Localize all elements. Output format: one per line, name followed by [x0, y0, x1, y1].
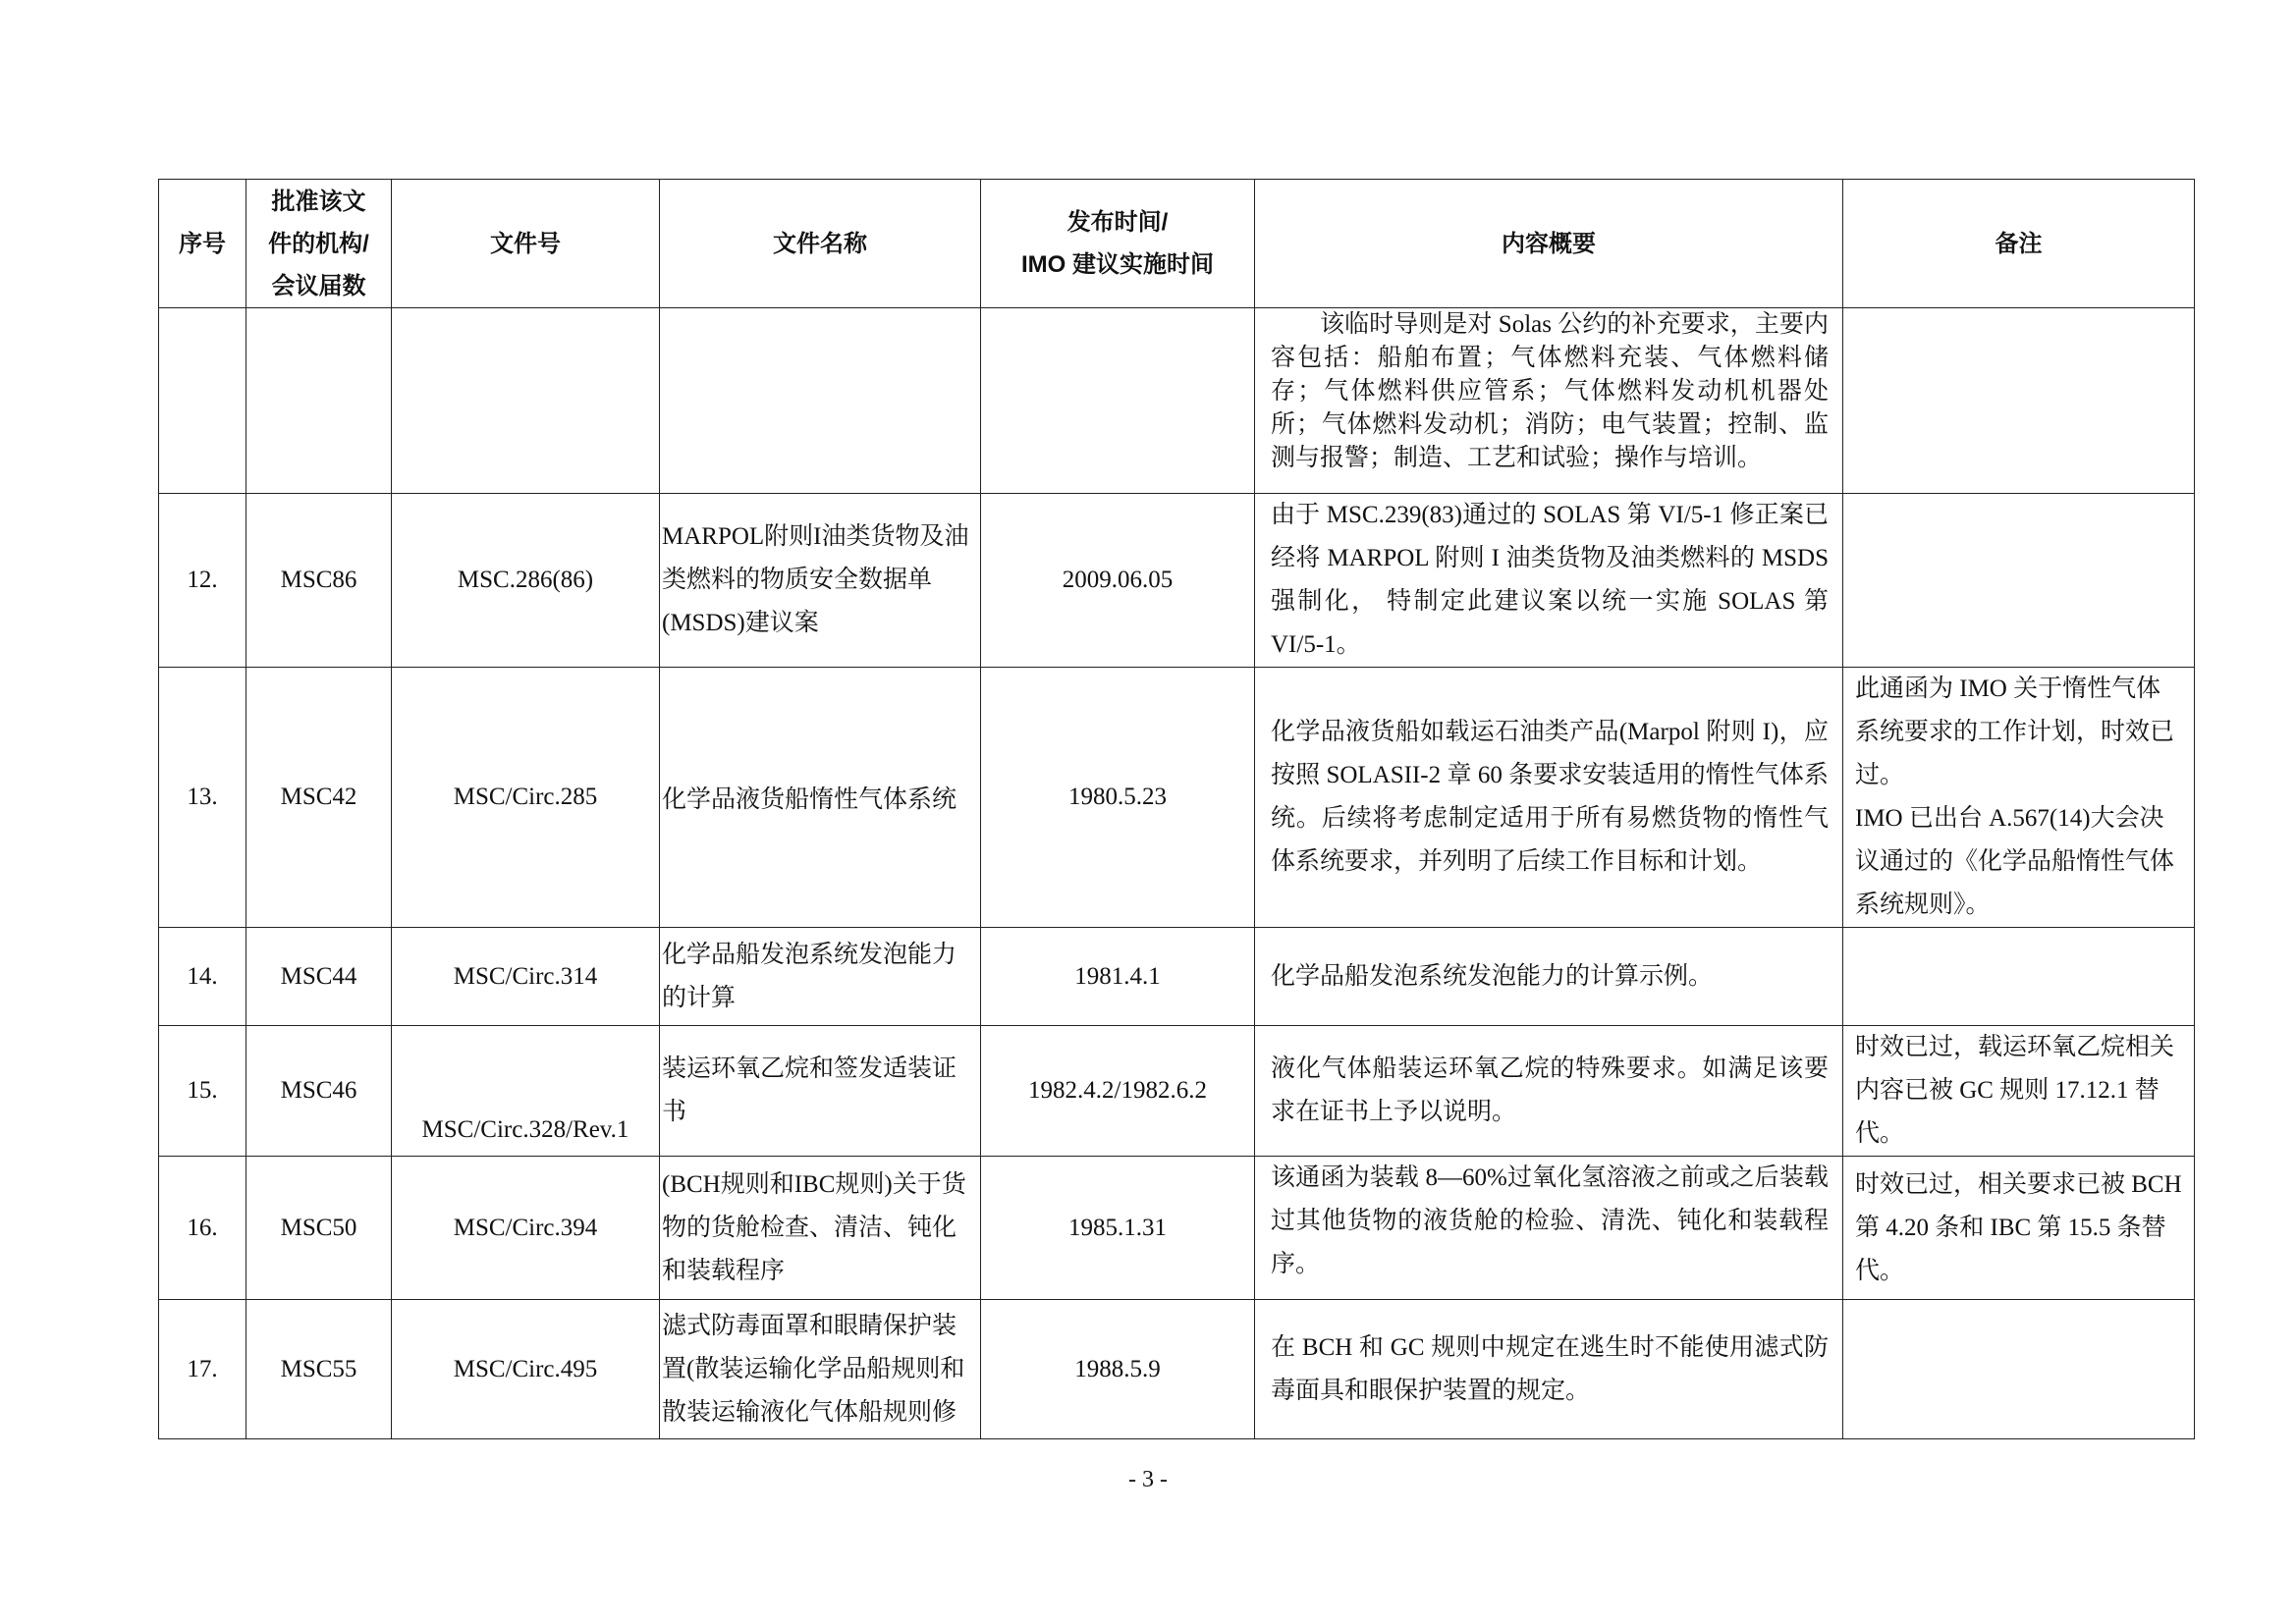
table-row: 15. MSC46 MSC/Circ.328/Rev.1 装运环氧乙烷和签发适装…	[159, 1026, 2195, 1157]
table-row: 16. MSC50 MSC/Circ.394 (BCH规则和IBC规则)关于货物…	[159, 1157, 2195, 1300]
cell-doc-name: 滤式防毒面罩和眼睛保护装置(散装运输化学品船规则和散装运输液化气体船规则修	[660, 1300, 981, 1439]
cell-remark: 时效已过，载运环氧乙烷相关内容已被 GC 规则 17.12.1 替代。	[1843, 1026, 2195, 1157]
cell-summary: 由于 MSC.239(83)通过的 SOLAS 第 VI/5-1 修正案已经将 …	[1255, 494, 1843, 668]
table-row: 17. MSC55 MSC/Circ.495 滤式防毒面罩和眼睛保护装置(散装运…	[159, 1300, 2195, 1439]
cell-org: MSC50	[246, 1157, 392, 1300]
cell-org	[246, 308, 392, 494]
cell-date: 1982.4.2/1982.6.2	[981, 1026, 1255, 1157]
table-row: 13. MSC42 MSC/Circ.285 化学品液货船惰性气体系统 1980…	[159, 668, 2195, 928]
cell-summary: 化学品船发泡系统发泡能力的计算示例。	[1255, 928, 1843, 1026]
cell-seq: 17.	[159, 1300, 246, 1439]
header-org: 批准该文 件的机构/ 会议届数	[246, 180, 392, 308]
header-row: 序号 批准该文 件的机构/ 会议届数 文件号 文件名称 发布时间/ IMO 建议…	[159, 180, 2195, 308]
header-remark: 备注	[1843, 180, 2195, 308]
cell-date	[981, 308, 1255, 494]
cell-org: MSC55	[246, 1300, 392, 1439]
cell-org: MSC86	[246, 494, 392, 668]
cell-doc-name: 化学品液货船惰性气体系统	[660, 668, 981, 928]
header-doc-no: 文件号	[392, 180, 660, 308]
cell-remark	[1843, 928, 2195, 1026]
cell-summary: 化学品液货船如载运石油类产品(Marpol 附则 I)，应按照 SOLASII-…	[1255, 668, 1843, 928]
page-number: - 3 -	[0, 1467, 2296, 1493]
table-row: 该临时导则是对 Solas 公约的补充要求，主要内容包括：船舶布置；气体燃料充装…	[159, 308, 2195, 494]
cell-doc-name: MARPOL附则I油类货物及油类燃料的物质安全数据单(MSDS)建议案	[660, 494, 981, 668]
cell-doc-no: MSC.286(86)	[392, 494, 660, 668]
cell-seq	[159, 308, 246, 494]
cell-doc-name	[660, 308, 981, 494]
cell-org: MSC44	[246, 928, 392, 1026]
cell-remark: 此通函为 IMO 关于惰性气体系统要求的工作计划，时效已过。 IMO 已出台 A…	[1843, 668, 2195, 928]
cell-date: 1988.5.9	[981, 1300, 1255, 1439]
cell-doc-no: MSC/Circ.314	[392, 928, 660, 1026]
cell-doc-no: MSC/Circ.285	[392, 668, 660, 928]
table-row: 12. MSC86 MSC.286(86) MARPOL附则I油类货物及油类燃料…	[159, 494, 2195, 668]
cell-seq: 14.	[159, 928, 246, 1026]
cell-seq: 12.	[159, 494, 246, 668]
cell-doc-no	[392, 308, 660, 494]
header-summary: 内容概要	[1255, 180, 1843, 308]
cell-date: 2009.06.05	[981, 494, 1255, 668]
cell-org: MSC46	[246, 1026, 392, 1157]
regulation-table: 序号 批准该文 件的机构/ 会议届数 文件号 文件名称 发布时间/ IMO 建议…	[158, 179, 2195, 1439]
cell-date: 1981.4.1	[981, 928, 1255, 1026]
header-doc-name: 文件名称	[660, 180, 981, 308]
table-row: 14. MSC44 MSC/Circ.314 化学品船发泡系统发泡能力的计算 1…	[159, 928, 2195, 1026]
cell-seq: 13.	[159, 668, 246, 928]
cell-doc-no: MSC/Circ.328/Rev.1	[392, 1026, 660, 1157]
cell-summary: 液化气体船装运环氧乙烷的特殊要求。如满足该要求在证书上予以说明。	[1255, 1026, 1843, 1157]
cell-date: 1980.5.23	[981, 668, 1255, 928]
cell-org: MSC42	[246, 668, 392, 928]
cell-seq: 16.	[159, 1157, 246, 1300]
cell-remark	[1843, 1300, 2195, 1439]
cell-remark: 时效已过，相关要求已被 BCH 第 4.20 条和 IBC 第 15.5 条替代…	[1843, 1157, 2195, 1300]
cell-seq: 15.	[159, 1026, 246, 1157]
header-seq: 序号	[159, 180, 246, 308]
cell-doc-name: 装运环氧乙烷和签发适装证书	[660, 1026, 981, 1157]
cell-remark	[1843, 308, 2195, 494]
cell-doc-name: (BCH规则和IBC规则)关于货物的货舱检查、清洁、钝化和装载程序	[660, 1157, 981, 1300]
cell-summary: 该临时导则是对 Solas 公约的补充要求，主要内容包括：船舶布置；气体燃料充装…	[1255, 308, 1843, 494]
header-date: 发布时间/ IMO 建议实施时间	[981, 180, 1255, 308]
cell-doc-no: MSC/Circ.495	[392, 1300, 660, 1439]
cell-summary: 在 BCH 和 GC 规则中规定在逃生时不能使用滤式防毒面具和眼保护装置的规定。	[1255, 1300, 1843, 1439]
document-page: 序号 批准该文 件的机构/ 会议届数 文件号 文件名称 发布时间/ IMO 建议…	[0, 0, 2296, 1623]
cell-doc-name: 化学品船发泡系统发泡能力的计算	[660, 928, 981, 1026]
cell-date: 1985.1.31	[981, 1157, 1255, 1300]
cell-remark	[1843, 494, 2195, 668]
cell-summary: 该通函为装载 8—60%过氧化氢溶液之前或之后装载过其他货物的液货舱的检验、清洗…	[1255, 1157, 1843, 1300]
cell-doc-no: MSC/Circ.394	[392, 1157, 660, 1300]
